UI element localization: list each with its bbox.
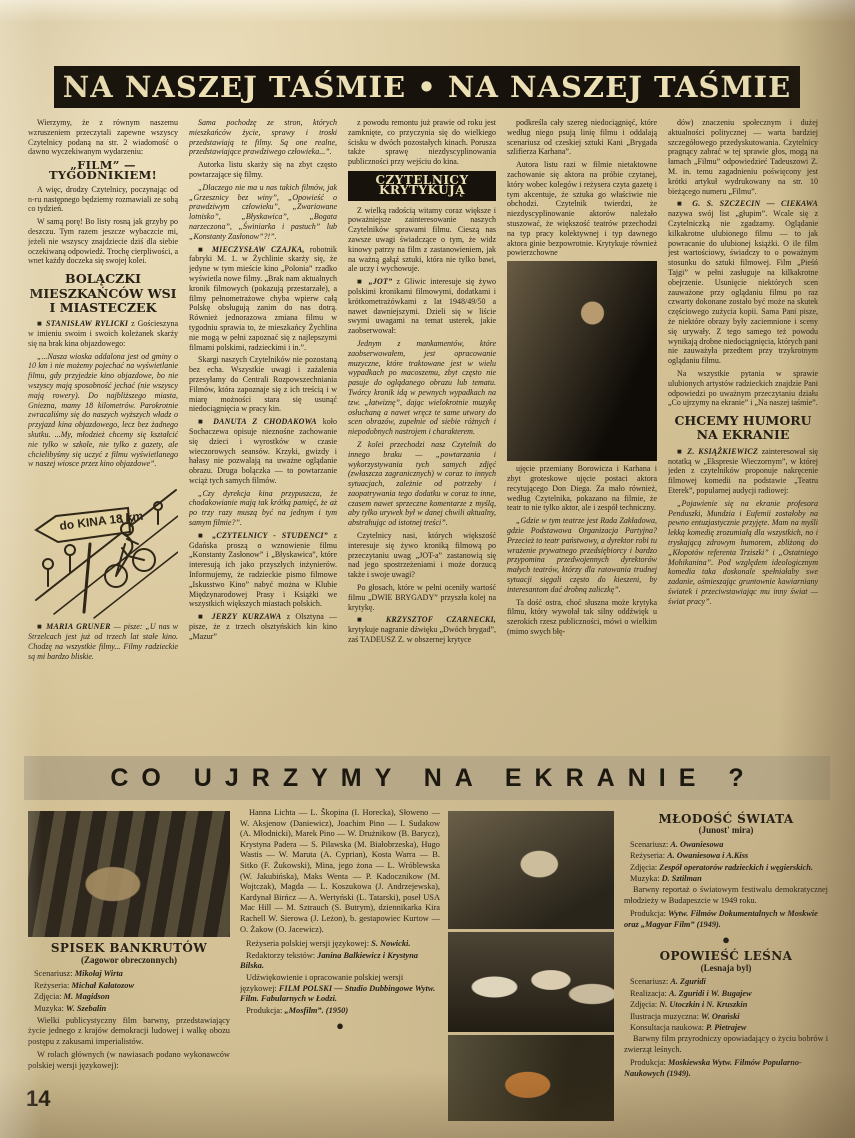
divider-dot-icon: ● <box>624 935 828 945</box>
paragraph: ujęcie przemiany Borowicza i Karhana i z… <box>507 464 657 513</box>
paragraph: Z wielką radością witamy coraz większe i… <box>348 206 496 275</box>
letter-author: ■ DANUTA Z CHODAKOWA <box>198 417 317 426</box>
column-4: podkreśla cały szereg niedociągnięć, któ… <box>507 118 657 752</box>
credit-value: Mikołaj Wirta <box>75 969 123 978</box>
film-description: Barwny film przyrodniczy opowiadający o … <box>624 1034 828 1055</box>
letter-author: ■ MIECZYSŁAW CZAJKA, <box>198 245 305 254</box>
letter-author: ■ Z. KSIĄŻKIEWICZ <box>677 447 758 456</box>
signpost-pole <box>84 544 90 612</box>
top-section: Wierzymy, że z równym naszemu wzruszenie… <box>28 118 828 752</box>
letter-author: ■ „CZYTELNICY - STUDENCI” <box>198 531 328 540</box>
film-description: Wielki publicystyczny film barwny, przed… <box>28 1016 230 1048</box>
paragraph: z powodu remontu już prawie od roku jest… <box>348 118 496 167</box>
paragraph: Czytelnicy nasi, których większość inter… <box>348 531 496 580</box>
credit-value: „Mosfilm”. (1950) <box>284 1006 348 1015</box>
bottom-section: SPISEK BANKRUTÓW (Zagowor obreczonnych) … <box>28 808 828 1130</box>
cast-block: Hanna Lichta — L. Škopina (I. Horecka), … <box>240 808 440 1130</box>
credit-line: Zdjęcia: M. Magidson <box>28 992 230 1003</box>
paragraph: Wierzymy, że z równym naszemu wzruszenie… <box>28 118 178 157</box>
reader-letter: ■ MARIA GRUNER — pisze: „U nas w Strzelc… <box>28 622 178 661</box>
paragraph: W samą porę! Bo listy rosną jak grzyby p… <box>28 217 178 266</box>
credit-label: Zdjęcia: <box>630 1000 657 1009</box>
credit-label: Muzyka: <box>630 874 660 883</box>
divider-dot-icon: ● <box>240 1021 440 1032</box>
credit-line: Reżyseria: A. Owaniesowa i A.Kiss <box>624 851 828 861</box>
film-still-spisek-speech <box>28 811 230 937</box>
credit-value: Zespół operatorów radzieckich i węgiersk… <box>659 863 813 872</box>
letter-text: nazywa swój list „głupim”. Wcale się z C… <box>668 209 818 365</box>
credit-value: P. Pietrajew <box>706 1023 746 1032</box>
section-header-bolaczki: BOLĄCZKI MIESZKAŃCÓW WSI I MIASTECZEK <box>28 272 178 315</box>
credit-line: Udźwiękowienie i opracowanie polskiej we… <box>240 973 440 1005</box>
credit-line: Realizacja: A. Zguridi i W. Bugajew <box>624 989 828 999</box>
credit-line: Produkcja: Moskiewska Wytw. Filmów Popul… <box>624 1058 828 1079</box>
co-ujrzymy-banner: CO UJRZYMY NA EKRANIE ? <box>24 756 830 800</box>
credit-line: Scenariusz: A. Zguridi <box>624 977 828 987</box>
credit-label: Muzyka: <box>34 1004 64 1013</box>
letter-quote: „Gdzie w tym teatrze jest Rada Zakładowa… <box>507 516 657 594</box>
paragraph: dów) znaczeniu społecznym i dużej aktual… <box>668 118 818 196</box>
paragraph: Autorka listu skarży się na zbyt często … <box>189 160 337 180</box>
credit-label: Realizacja: <box>630 989 667 998</box>
credit-value: A. Owaniesowa <box>670 840 723 849</box>
letter-text: krytykuje nagranie dźwięku „Dwóch brygad… <box>348 625 496 644</box>
credit-line: Produkcja: „Mosfilm”. (1950) <box>240 1006 440 1017</box>
credit-label: Zdjęcia: <box>34 992 61 1001</box>
cast-list: Hanna Lichta — L. Škopina (I. Horecka), … <box>240 808 440 935</box>
film-title-mlodosc: MŁODOŚĆ ŚWIATA <box>624 814 828 824</box>
letter-quote: „Dlaczego nie ma u nas takich filmów, ja… <box>189 183 337 242</box>
paragraph: A więc, drodzy Czytelnicy, poczynając od… <box>28 185 178 214</box>
credit-line: Reżyseria polskiej wersji językowej: S. … <box>240 939 440 950</box>
section-header-chcemy-humoru: CHCEMY HUMORU NA EKRANIE <box>668 414 818 443</box>
films-info-column: MŁODOŚĆ ŚWIATA (Junost' mira) Scenariusz… <box>624 808 828 1130</box>
credit-line: Konsultacja naukowa: P. Pietrajew <box>624 1023 828 1033</box>
credit-value: Michał Kałatozow <box>71 981 134 990</box>
reader-letter: ■ Z. KSIĄŻKIEWICZ zainteresował się nota… <box>668 447 818 496</box>
letter-text: koło Sochaczewa opisuje nieznośne zachow… <box>189 417 337 485</box>
page-number: 14 <box>26 1086 50 1112</box>
letter-author: ■ G. S. SZCZECIN — CIEKAWA <box>677 199 818 208</box>
credit-label: Reżyseria polskiej wersji językowej: <box>246 939 369 948</box>
reader-letter: ■ JERZY KURZAWA z Olsztyna — pisze, że z… <box>189 612 337 641</box>
letter-author: ■ MARIA GRUNER <box>37 622 111 631</box>
credit-label: Reżyseria: <box>630 851 665 860</box>
letter-author: ■ KRZYSZTOF CZARNECKI, <box>357 615 496 624</box>
film-title-opowiesc: OPOWIEŚĆ LEŚNA <box>624 951 828 961</box>
credit-line: Zdjęcia: N. Utoczkin i N. Kruszkin <box>624 1000 828 1010</box>
film-subtitle-spisek: (Zagowor obreczonnych) <box>28 955 230 966</box>
credit-label: Produkcja: <box>630 909 666 918</box>
spisek-bankrutow-block: SPISEK BANKRUTÓW (Zagowor obreczonnych) … <box>28 808 230 1130</box>
column-1: Wierzymy, że z równym naszemu wzruszenie… <box>28 118 178 752</box>
column-2: Sama pochodzę ze stron, których mieszkań… <box>189 118 337 752</box>
roadside-post-icon <box>43 559 53 569</box>
credit-line: Muzyka: W. Szebalin <box>28 1004 230 1015</box>
paragraph: podkreśla cały szereg niedociągnięć, któ… <box>507 118 657 157</box>
credit-value: M. Magidson <box>64 992 110 1001</box>
credit-value: W. Orański <box>701 1012 740 1021</box>
column-3: z powodu remontu już prawie od roku jest… <box>348 118 496 752</box>
letter-quote: „Pojawienie się na ekranie profesora Pen… <box>668 499 818 607</box>
credit-value: D. Sztilman <box>662 874 702 883</box>
film-still-dancers <box>448 932 614 1032</box>
credit-label: Produkcja: <box>246 1006 282 1015</box>
film-weekly-header: „FILM” — TYGODNIKIEM! <box>28 161 178 181</box>
letter-quote: Jednym z mankamentów, które zaobserwował… <box>348 339 496 437</box>
reader-letter: ■ „CZYTELNICY - STUDENCI” z Gdańska pros… <box>189 531 337 609</box>
paragraph: Skargi naszych Czytelników nie pozostaną… <box>189 355 337 414</box>
credit-line: Ilustracja muzyczna: W. Orański <box>624 1012 828 1022</box>
reader-letter: ■ „JOT” z Gliwic interesuje się żywo pol… <box>348 277 496 336</box>
co-ujrzymy-title: CO UJRZYMY NA EKRANIE ? <box>97 764 756 793</box>
paragraph: Autora listu razi w filmie nietaktowne z… <box>507 160 657 258</box>
credit-value: A. Owaniesowa i A.Kiss <box>667 851 748 860</box>
credit-value: A. Zguridi i W. Bugajew <box>669 989 752 998</box>
credit-value: S. Nowicki. <box>371 939 410 948</box>
roadside-post-icon <box>65 545 75 555</box>
credit-value: N. Utoczkin i N. Kruszkin <box>659 1000 747 1009</box>
masthead-title: NA NASZEJ TAŚMIE • NA NASZEJ TAŚMIE <box>63 70 791 104</box>
reader-letter: ■ G. S. SZCZECIN — CIEKAWA nazywa swój l… <box>668 199 818 366</box>
letter-author: ■ „JOT” <box>357 277 392 286</box>
credit-line: Reżyseria: Michał Kałatozow <box>28 981 230 992</box>
credit-line: Scenariusz: A. Owaniesowa <box>624 840 828 850</box>
reader-letter: ■ KRZYSZTOF CZARNECKI, krytykuje nagrani… <box>348 615 496 644</box>
letter-quote: Z kolei przechodzi nasz Czytelnik do inn… <box>348 440 496 528</box>
paragraph: Ta dość ostra, choć słuszna może krytyka… <box>507 598 657 637</box>
letter-quote: „...Nasza wioska oddalona jest od gminy … <box>28 352 178 470</box>
credit-label: Konsultacja naukowa: <box>630 1023 704 1032</box>
reader-letter: ■ DANUTA Z CHODAKOWA koło Sochaczewa opi… <box>189 417 337 486</box>
letter-author: ■ JERZY KURZAWA <box>198 612 281 621</box>
credit-label: Reżyseria: <box>34 981 69 990</box>
film-title-spisek: SPISEK BANKRUTÓW <box>28 943 230 954</box>
paragraph: Na wszystkie pytania w sprawie ulubionyc… <box>668 369 818 408</box>
film-still-dwie-brygady <box>507 261 657 461</box>
film-subtitle-mlodosc: (Junost' mira) <box>624 825 828 835</box>
credit-line: Produkcja: Wytw. Filmów Dokumentalnych w… <box>624 909 828 930</box>
masthead-banner: NA NASZEJ TAŚMIE • NA NASZEJ TAŚMIE <box>54 66 800 108</box>
credit-label: Produkcja: <box>630 1058 666 1067</box>
credit-label: Scenariusz: <box>630 840 668 849</box>
film-subtitle-opowiesc: (Lesnaja byl) <box>624 963 828 973</box>
credit-line: Muzyka: D. Sztilman <box>624 874 828 884</box>
credit-line: Zdjęcia: Zespół operatorów radzieckich i… <box>624 863 828 873</box>
cyclist-illustration: do KINA 18 km <box>28 472 178 620</box>
letter-quote: „Czy dyrekcja kina przypuszcza, że choda… <box>189 489 337 528</box>
reader-letter: ■ MIECZYSŁAW CZAJKA, robotnik fabryki M.… <box>189 245 337 353</box>
film-still-mlodosc-swiata <box>448 811 614 929</box>
film-still-fox-opowiesc-lesna <box>448 1035 614 1121</box>
letter-author: ■ STANISŁAW RYLICKI <box>37 319 128 328</box>
credit-label: Ilustracja muzyczna: <box>630 1012 699 1021</box>
film-description: W rolach głównych (w nawiasach podano wy… <box>28 1050 230 1071</box>
credit-value: A. Zguridi <box>670 977 706 986</box>
film-description: Barwny reportaż o światowym festiwalu de… <box>624 885 828 906</box>
letter-text: z Gdańska proszą o wznowienie filmu „Kon… <box>189 531 337 609</box>
credit-label: Zdjęcia: <box>630 863 657 872</box>
credit-label: Redaktorzy tekstów: <box>246 951 315 960</box>
credit-label: Scenariusz: <box>630 977 668 986</box>
paragraph: Po głosach, które w pełni oceniły wartoś… <box>348 583 496 612</box>
letter-text: robotnik fabryki M. 1. w Żychlinie skarż… <box>189 245 337 352</box>
film-stills-column <box>448 808 614 1130</box>
section-header-czytelnicy-krytykuja: CZYTELNICY KRYTYKUJĄ <box>348 171 496 201</box>
credit-line: Redaktorzy tekstów: Janina Balkiewicz i … <box>240 951 440 972</box>
road-line <box>94 552 178 618</box>
column-5: dów) znaczeniu społecznym i dużej aktual… <box>668 118 818 752</box>
reader-letter: ■ STANISŁAW RYLICKI z Gościeszyna w imie… <box>28 319 178 348</box>
credit-label: Scenariusz: <box>34 969 73 978</box>
credit-line: Scenariusz: Mikołaj Wirta <box>28 969 230 980</box>
credit-value: W. Szebalin <box>66 1004 106 1013</box>
letter-quote: Sama pochodzę ze stron, których mieszkań… <box>189 118 337 157</box>
magazine-page: NA NASZEJ TAŚMIE • NA NASZEJ TAŚMIE Wier… <box>0 0 855 1138</box>
